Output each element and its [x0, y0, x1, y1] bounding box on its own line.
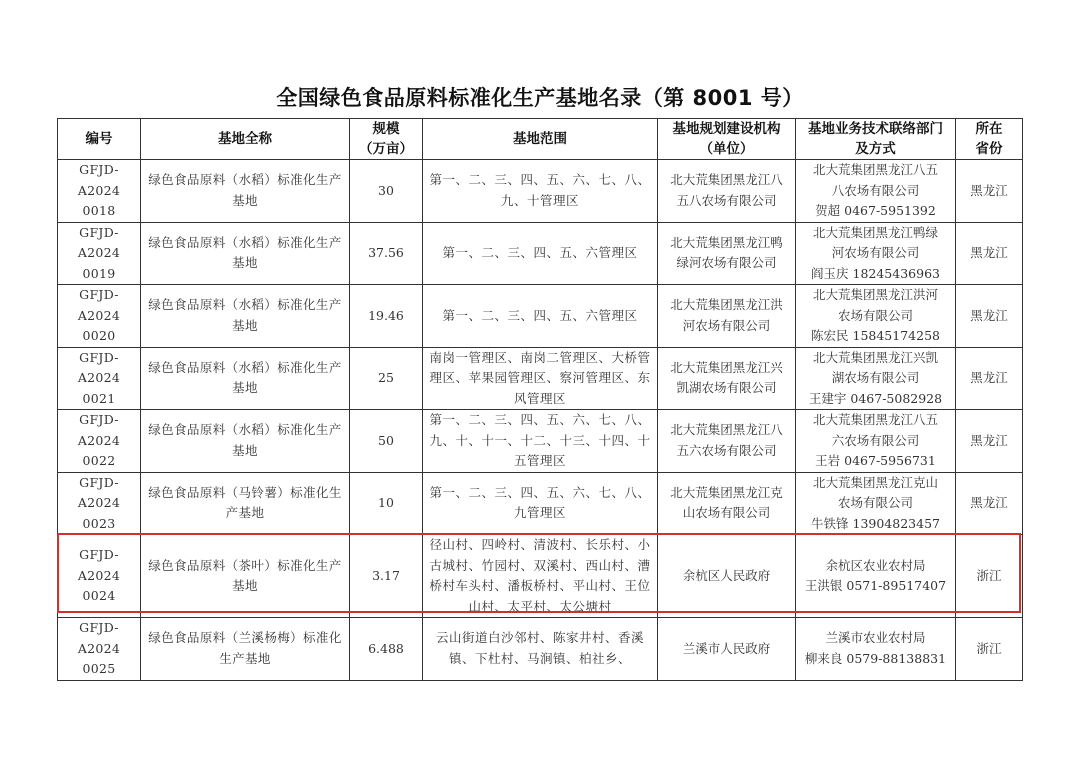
cell-name: 绿色食品原料（水稻）标准化生产基地 — [141, 347, 350, 410]
code-line1: GFJD-A2024 — [62, 545, 136, 586]
code-line1: GFJD-A2024 — [62, 285, 136, 326]
header-province-line1: 所在 — [960, 119, 1018, 139]
name-line2: 基地 — [145, 576, 345, 597]
name-line2: 基地 — [145, 441, 345, 462]
cell-code: GFJD-A20240018 — [58, 160, 141, 223]
cell-contact: 余杭区农业农村局王洪银 0571-89517407 — [796, 535, 956, 618]
cell-org: 北大荒集团黑龙江八五六农场有限公司 — [658, 410, 796, 473]
table-row-highlighted: GFJD-A20240024 绿色食品原料（茶叶）标准化生产基地 3.17 径山… — [58, 535, 1023, 618]
cell-contact: 北大荒集团黑龙江鸭绿河农场有限公司阎玉庆 18245436963 — [796, 222, 956, 285]
header-scale-line1: 规模 — [354, 119, 418, 139]
cell-contact: 北大荒集团黑龙江洪河农场有限公司陈宏民 15845174258 — [796, 285, 956, 348]
name-line1: 绿色食品原料（马铃薯）标准化生 — [145, 483, 345, 504]
cell-name: 绿色食品原料（马铃薯）标准化生产基地 — [141, 472, 350, 535]
org-line1: 北大荒集团黑龙江八 — [662, 170, 791, 191]
cell-org: 北大荒集团黑龙江克山农场有限公司 — [658, 472, 796, 535]
cell-scope: 径山村、四岭村、清波村、长乐村、小古城村、竹园村、双溪村、西山村、漕桥村车头村、… — [423, 535, 658, 618]
contact-line3: 王建宇 0467-5082928 — [800, 389, 951, 410]
header-province: 所在 省份 — [956, 119, 1023, 160]
name-line2: 基地 — [145, 316, 345, 337]
table-row: GFJD-A20240018 绿色食品原料（水稻）标准化生产基地 30 第一、二… — [58, 160, 1023, 223]
header-contact: 基地业务技术联络部门 及方式 — [796, 119, 956, 160]
org-line2: 凯湖农场有限公司 — [662, 378, 791, 399]
header-contact-line1: 基地业务技术联络部门 — [800, 119, 951, 139]
cell-org: 北大荒集团黑龙江八五八农场有限公司 — [658, 160, 796, 223]
code-line2: 0025 — [62, 659, 136, 680]
contact-line2: 湖农场有限公司 — [800, 368, 951, 389]
code-line2: 0024 — [62, 586, 136, 607]
document-title: 全国绿色食品原料标准化生产基地名录（第 8001 号） — [0, 82, 1080, 112]
cell-name: 绿色食品原料（水稻）标准化生产基地 — [141, 222, 350, 285]
name-line2: 基地 — [145, 378, 345, 399]
cell-scale: 6.488 — [350, 618, 423, 681]
header-org-line1: 基地规划建设机构 — [662, 119, 791, 139]
cell-province: 黑龙江 — [956, 222, 1023, 285]
code-line1: GFJD-A2024 — [62, 473, 136, 514]
cell-scale: 50 — [350, 410, 423, 473]
cell-name: 绿色食品原料（兰溪杨梅）标准化生产基地 — [141, 618, 350, 681]
cell-org: 北大荒集团黑龙江洪河农场有限公司 — [658, 285, 796, 348]
code-line2: 0020 — [62, 326, 136, 347]
name-line1: 绿色食品原料（水稻）标准化生产 — [145, 295, 345, 316]
cell-province: 黑龙江 — [956, 285, 1023, 348]
cell-province: 黑龙江 — [956, 160, 1023, 223]
contact-line1: 北大荒集团黑龙江兴凯 — [800, 348, 951, 369]
cell-contact: 北大荒集团黑龙江克山农场有限公司牛铁锋 13904823457 — [796, 472, 956, 535]
contact-line2: 农场有限公司 — [800, 493, 951, 514]
cell-contact: 北大荒集团黑龙江八五八农场有限公司贺超 0467-5951392 — [796, 160, 956, 223]
base-directory-table: 编号 基地全称 规模 （万亩） 基地范围 基地规划建设机构 （单位） 基地业务技… — [57, 118, 1023, 681]
header-province-line2: 省份 — [960, 139, 1018, 159]
contact-line1: 余杭区农业农村局 — [800, 556, 951, 577]
cell-name: 绿色食品原料（水稻）标准化生产基地 — [141, 410, 350, 473]
cell-name: 绿色食品原料（水稻）标准化生产基地 — [141, 160, 350, 223]
name-line1: 绿色食品原料（水稻）标准化生产 — [145, 170, 345, 191]
cell-scale: 10 — [350, 472, 423, 535]
code-line1: GFJD-A2024 — [62, 160, 136, 201]
cell-contact: 兰溪市农业农村局柳来良 0579-88138831 — [796, 618, 956, 681]
code-line1: GFJD-A2024 — [62, 618, 136, 659]
cell-code: GFJD-A20240023 — [58, 472, 141, 535]
cell-scope: 云山街道白沙邻村、陈家井村、香溪镇、下杜村、马涧镇、柏社乡、 — [423, 618, 658, 681]
org-line2: 绿河农场有限公司 — [662, 253, 791, 274]
table-row: GFJD-A20240023 绿色食品原料（马铃薯）标准化生产基地 10 第一、… — [58, 472, 1023, 535]
contact-line2: 柳来良 0579-88138831 — [800, 649, 951, 670]
cell-code: GFJD-A20240022 — [58, 410, 141, 473]
cell-org: 余杭区人民政府 — [658, 535, 796, 618]
contact-line3: 阎玉庆 18245436963 — [800, 264, 951, 285]
contact-line2: 八农场有限公司 — [800, 181, 951, 202]
name-line1: 绿色食品原料（水稻）标准化生产 — [145, 420, 345, 441]
name-line1: 绿色食品原料（茶叶）标准化生产 — [145, 556, 345, 577]
table-row: GFJD-A20240025 绿色食品原料（兰溪杨梅）标准化生产基地 6.488… — [58, 618, 1023, 681]
org-line2: 五六农场有限公司 — [662, 441, 791, 462]
cell-code: GFJD-A20240019 — [58, 222, 141, 285]
header-org-line2: （单位） — [662, 139, 791, 159]
cell-scale: 19.46 — [350, 285, 423, 348]
cell-scope: 第一、二、三、四、五、六、七、八、九管理区 — [423, 472, 658, 535]
cell-scale: 30 — [350, 160, 423, 223]
org-line2: 五八农场有限公司 — [662, 191, 791, 212]
cell-province: 浙江 — [956, 618, 1023, 681]
table-row: GFJD-A20240021 绿色食品原料（水稻）标准化生产基地 25 南岗一管… — [58, 347, 1023, 410]
header-org: 基地规划建设机构 （单位） — [658, 119, 796, 160]
cell-scope: 第一、二、三、四、五、六、七、八、九、十、十一、十二、十三、十四、十五管理区 — [423, 410, 658, 473]
contact-line3: 陈宏民 15845174258 — [800, 326, 951, 347]
name-line2: 生产基地 — [145, 649, 345, 670]
code-line2: 0019 — [62, 264, 136, 285]
org-line1: 北大荒集团黑龙江鸭 — [662, 233, 791, 254]
cell-org: 北大荒集团黑龙江鸭绿河农场有限公司 — [658, 222, 796, 285]
contact-line3: 贺超 0467-5951392 — [800, 201, 951, 222]
contact-line2: 六农场有限公司 — [800, 431, 951, 452]
cell-contact: 北大荒集团黑龙江兴凯湖农场有限公司王建宇 0467-5082928 — [796, 347, 956, 410]
cell-contact: 北大荒集团黑龙江八五六农场有限公司王岩 0467-5956731 — [796, 410, 956, 473]
cell-province: 浙江 — [956, 535, 1023, 618]
cell-name: 绿色食品原料（水稻）标准化生产基地 — [141, 285, 350, 348]
name-line1: 绿色食品原料（水稻）标准化生产 — [145, 233, 345, 254]
code-line1: GFJD-A2024 — [62, 223, 136, 264]
code-line2: 0018 — [62, 201, 136, 222]
table-row: GFJD-A20240022 绿色食品原料（水稻）标准化生产基地 50 第一、二… — [58, 410, 1023, 473]
contact-line1: 北大荒集团黑龙江洪河 — [800, 285, 951, 306]
cell-scope: 第一、二、三、四、五、六管理区 — [423, 285, 658, 348]
cell-scope: 第一、二、三、四、五、六、七、八、九、十管理区 — [423, 160, 658, 223]
cell-code: GFJD-A20240025 — [58, 618, 141, 681]
code-line1: GFJD-A2024 — [62, 410, 136, 451]
org-line1: 北大荒集团黑龙江克 — [662, 483, 791, 504]
contact-line1: 北大荒集团黑龙江八五 — [800, 410, 951, 431]
org-line2: 山农场有限公司 — [662, 503, 791, 524]
contact-line3: 王岩 0467-5956731 — [800, 451, 951, 472]
contact-line3: 牛铁锋 13904823457 — [800, 514, 951, 535]
contact-line2: 王洪银 0571-89517407 — [800, 576, 951, 597]
cell-code: GFJD-A20240021 — [58, 347, 141, 410]
cell-province: 黑龙江 — [956, 347, 1023, 410]
cell-org: 北大荒集团黑龙江兴凯湖农场有限公司 — [658, 347, 796, 410]
header-code: 编号 — [58, 119, 141, 160]
contact-line1: 北大荒集团黑龙江鸭绿 — [800, 223, 951, 244]
contact-line1: 兰溪市农业农村局 — [800, 628, 951, 649]
code-line2: 0022 — [62, 451, 136, 472]
header-scale-line2: （万亩） — [354, 139, 418, 159]
header-scope: 基地范围 — [423, 119, 658, 160]
org-line1: 北大荒集团黑龙江洪 — [662, 295, 791, 316]
code-line2: 0023 — [62, 514, 136, 535]
cell-code: GFJD-A20240020 — [58, 285, 141, 348]
contact-line1: 北大荒集团黑龙江克山 — [800, 473, 951, 494]
cell-scope: 第一、二、三、四、五、六管理区 — [423, 222, 658, 285]
org-line1: 北大荒集团黑龙江兴 — [662, 358, 791, 379]
header-scale: 规模 （万亩） — [350, 119, 423, 160]
table-row: GFJD-A20240020 绿色食品原料（水稻）标准化生产基地 19.46 第… — [58, 285, 1023, 348]
cell-scale: 25 — [350, 347, 423, 410]
cell-code: GFJD-A20240024 — [58, 535, 141, 618]
code-line2: 0021 — [62, 389, 136, 410]
cell-name: 绿色食品原料（茶叶）标准化生产基地 — [141, 535, 350, 618]
code-line1: GFJD-A2024 — [62, 348, 136, 389]
cell-org: 兰溪市人民政府 — [658, 618, 796, 681]
contact-line1: 北大荒集团黑龙江八五 — [800, 160, 951, 181]
cell-province: 黑龙江 — [956, 472, 1023, 535]
contact-line2: 河农场有限公司 — [800, 243, 951, 264]
cell-scope: 南岗一管理区、南岗二管理区、大桥管理区、苹果园管理区、察河管理区、东风管理区 — [423, 347, 658, 410]
org-line1: 北大荒集团黑龙江八 — [662, 420, 791, 441]
header-contact-line2: 及方式 — [800, 139, 951, 159]
table-row: GFJD-A20240019 绿色食品原料（水稻）标准化生产基地 37.56 第… — [58, 222, 1023, 285]
table-header-row: 编号 基地全称 规模 （万亩） 基地范围 基地规划建设机构 （单位） 基地业务技… — [58, 119, 1023, 160]
name-line1: 绿色食品原料（兰溪杨梅）标准化 — [145, 628, 345, 649]
org-line2: 河农场有限公司 — [662, 316, 791, 337]
contact-line2: 农场有限公司 — [800, 306, 951, 327]
header-name: 基地全称 — [141, 119, 350, 160]
name-line1: 绿色食品原料（水稻）标准化生产 — [145, 358, 345, 379]
cell-province: 黑龙江 — [956, 410, 1023, 473]
name-line2: 产基地 — [145, 503, 345, 524]
cell-scale: 3.17 — [350, 535, 423, 618]
cell-scale: 37.56 — [350, 222, 423, 285]
name-line2: 基地 — [145, 253, 345, 274]
name-line2: 基地 — [145, 191, 345, 212]
